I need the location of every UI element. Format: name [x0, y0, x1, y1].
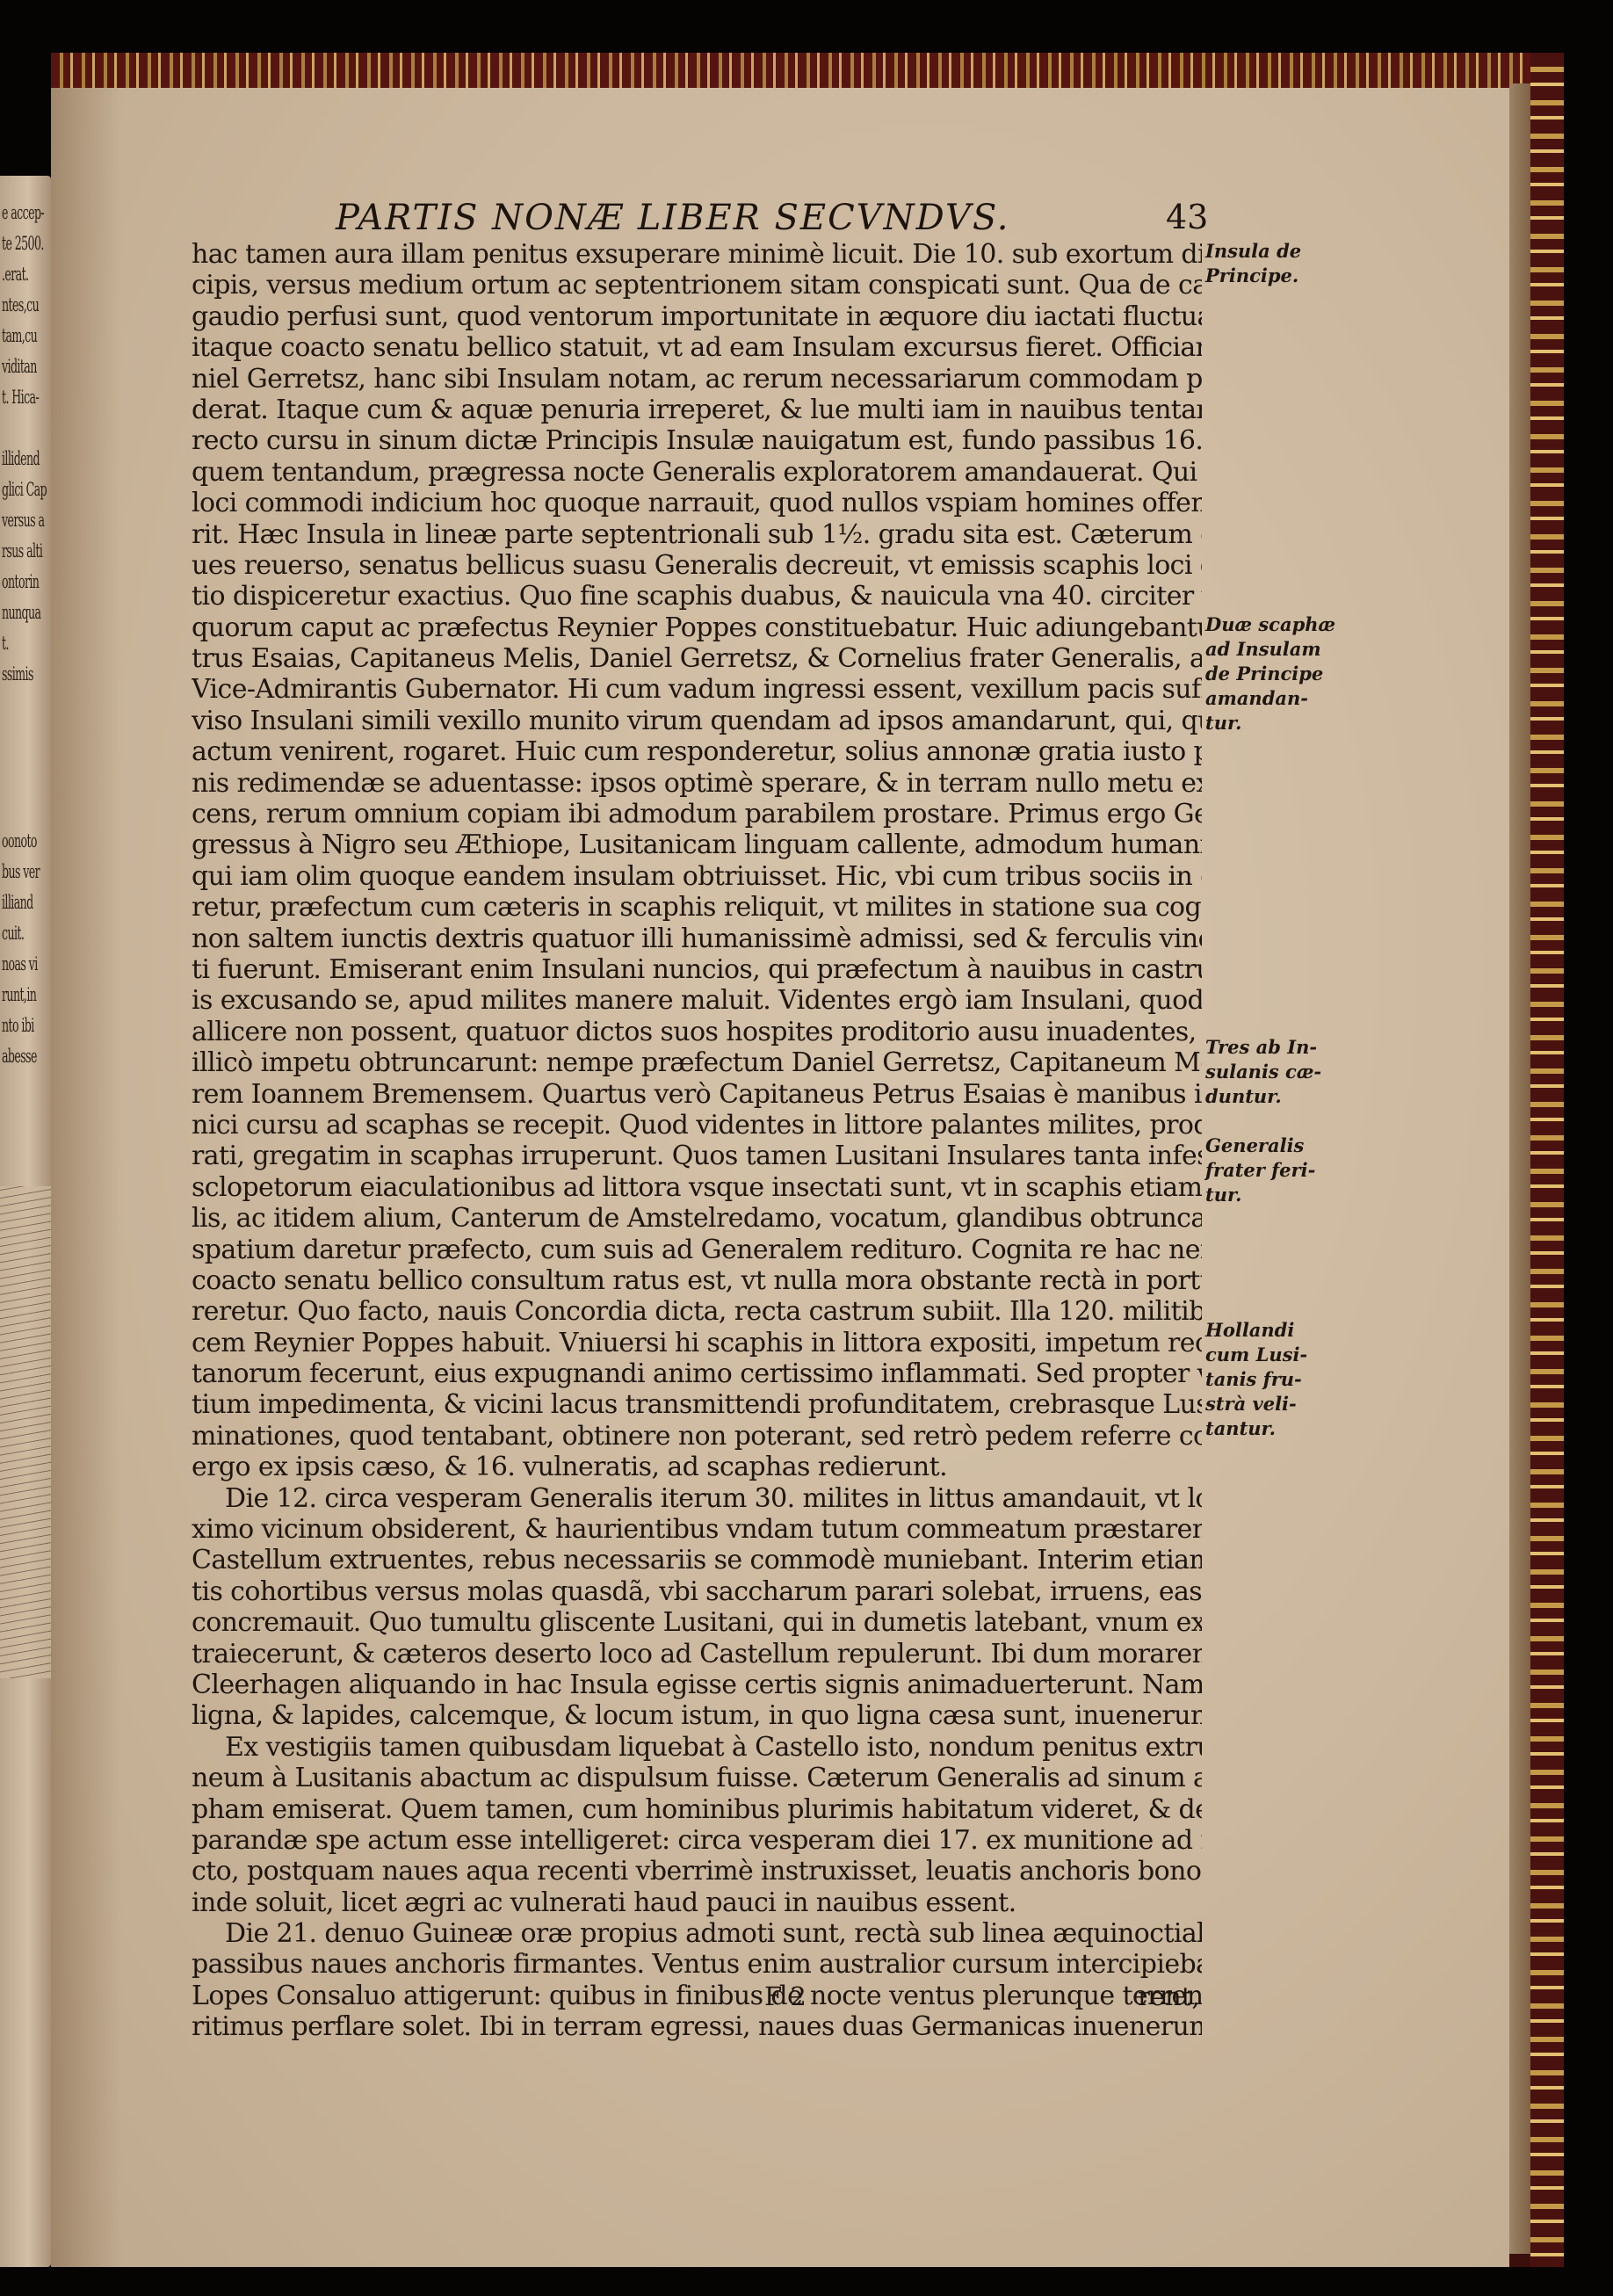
text-line: qui iam olim quoque eandem insulam obtri…: [192, 861, 1202, 892]
text-line: tanorum fecerunt, eius expugnandi animo …: [192, 1358, 1202, 1389]
text-line: quem tentandum, prægressa nocte Generali…: [192, 457, 1202, 488]
body-text: hac tamen aura illam penitus exsuperare …: [192, 239, 1202, 2043]
facing-page-text-fragment: tam,cu: [2, 325, 37, 346]
page-number: 43: [1166, 198, 1208, 236]
running-head: PARTIS NONÆ LIBER SECVNDVS.: [336, 198, 1010, 238]
page-gutter-shadow: [51, 88, 121, 2267]
text-line: Vice-Admirantis Gubernator. Hi cum vadum…: [192, 674, 1202, 705]
text-line: Die 21. denuo Guineæ oræ propius admoti …: [192, 1918, 1202, 1949]
text-line: tio dispiceretur exactius. Quo fine scap…: [192, 581, 1202, 612]
facing-page-text-fragment: ntes,cu: [2, 294, 39, 315]
facing-page-text-fragment: noas vi: [2, 953, 38, 974]
text-line: cem Reynier Poppes habuit. Vniuersi hi s…: [192, 1328, 1202, 1358]
gilt-border-top: [51, 53, 1564, 88]
text-line: passibus naues anchoris firmantes. Ventu…: [192, 1949, 1202, 1980]
book-spread: e accep-te 2500..erat.ntes,cutam,cu vidi…: [0, 0, 1613, 2296]
margin-note: Insula de Principe.: [1205, 239, 1301, 288]
text-line: gaudio perfusi sunt, quod ventorum impor…: [192, 301, 1202, 332]
text-line: Castellum extruentes, rebus necessariis …: [192, 1545, 1202, 1575]
facing-page-text-fragment: ontorin: [2, 571, 39, 592]
text-line: reretur. Quo facto, nauis Concordia dict…: [192, 1296, 1202, 1327]
text-line: ergo ex ipsis cæso, & 16. vulneratis, ad…: [192, 1452, 1202, 1482]
catchword: rent,: [1138, 1981, 1200, 2011]
text-line: coacto senatu bellico consultum ratus es…: [192, 1265, 1202, 1296]
facing-page-text-fragment: oonoto: [2, 830, 37, 851]
text-line: ritimus perflare solet. Ibi in terram eg…: [192, 2011, 1202, 2042]
facing-page-text-fragment: bus ver: [2, 861, 40, 882]
facing-page-text-fragment: abesse: [2, 1046, 37, 1067]
facing-page-text-fragment: illiand: [2, 892, 33, 913]
facing-page-text-fragment: t. Hica-: [2, 387, 39, 408]
facing-page-text-fragment: versus a: [2, 510, 44, 531]
text-line: non saltem iunctis dextris quatuor illi …: [192, 923, 1202, 954]
page-edges: [1509, 83, 1530, 2254]
facing-page-text-fragment: cuit.: [2, 923, 24, 944]
text-line: hac tamen aura illam penitus exsuperare …: [192, 239, 1202, 270]
text-line: viso Insulani simili vexillo munito viru…: [192, 706, 1202, 736]
text-line: minationes, quod tentabant, obtinere non…: [192, 1421, 1202, 1452]
facing-page-text-fragment: rsus alti: [2, 540, 42, 561]
text-line: loci commodi indicium hoc quoque narraui…: [192, 488, 1202, 518]
text-line: Ex vestigiis tamen quibusdam liquebat à …: [192, 1732, 1202, 1763]
text-line: cens, rerum omnium copiam ibi admodum pa…: [192, 799, 1202, 829]
text-line: derat. Itaque cum & aquæ penuria irreper…: [192, 395, 1202, 425]
text-line: rit. Hæc Insula in lineæ parte septentri…: [192, 519, 1202, 550]
margin-note: Duæ scaphæ ad Insulam de Principe amanda…: [1205, 612, 1335, 735]
text-line: ligna, & lapides, calcemque, & locum ist…: [192, 1700, 1202, 1731]
facing-page-text-fragment: e accep-: [2, 202, 44, 223]
text-line: lis, ac itidem alium, Canterum de Amstel…: [192, 1203, 1202, 1234]
text-line: nis redimendæ se aduentasse: ipsos optim…: [192, 768, 1202, 799]
text-line: quorum caput ac præfectus Reynier Poppes…: [192, 612, 1202, 643]
gilt-border-right: [1530, 53, 1564, 2267]
left-facing-page: e accep-te 2500..erat.ntes,cutam,cu vidi…: [0, 176, 51, 2267]
margin-note: Hollandi cum Lusi- tanis fru- strà veli-…: [1205, 1318, 1307, 1441]
text-line: retur, præfectum cum cæteris in scaphis …: [192, 892, 1202, 923]
text-line: nici cursu ad scaphas se recepit. Quod v…: [192, 1110, 1202, 1141]
text-line: rem Ioannem Bremensem. Quartus verò Capi…: [192, 1079, 1202, 1110]
text-line: Lopes Consaluo attigerunt: quibus in fin…: [192, 1981, 1202, 2011]
text-line: recto cursu in sinum dictæ Principis Ins…: [192, 425, 1202, 456]
text-line: cipis, versus medium ortum ac septentrio…: [192, 270, 1202, 301]
facing-page-text-fragment: nunqua: [2, 602, 40, 623]
facing-page-text-fragment: viditan: [2, 356, 37, 377]
text-line: pham emiserat. Quem tamen, cum hominibus…: [192, 1794, 1202, 1825]
signature-mark: F 2: [764, 1981, 806, 2011]
facing-page-text-fragment: glici Cap: [2, 479, 47, 500]
facing-page-text-fragment: .erat.: [2, 264, 28, 285]
text-line: sclopetorum eiaculationibus ad littora v…: [192, 1172, 1202, 1203]
text-line: ues reuerso, senatus bellicus suasu Gene…: [192, 550, 1202, 581]
text-line: gressus à Nigro seu Æthiope, Lusitanicam…: [192, 829, 1202, 860]
text-line: neum à Lusitanis abactum ac dispulsum fu…: [192, 1763, 1202, 1793]
text-line: Cleerhagen aliquando in hac Insula egiss…: [192, 1669, 1202, 1700]
text-line: traiecerunt, & cæteros deserto loco ad C…: [192, 1639, 1202, 1669]
facing-page-text-fragment: te 2500.: [2, 233, 44, 254]
text-line: niel Gerretsz, hanc sibi Insulam notam, …: [192, 364, 1202, 395]
facing-page-text-fragment: ssimis: [2, 663, 33, 684]
text-line: itaque coacto senatu bellico statuit, vt…: [192, 332, 1202, 363]
text-line: allicere non possent, quatuor dictos suo…: [192, 1017, 1202, 1047]
text-line: tium impedimenta, & vicini lacus transmi…: [192, 1389, 1202, 1420]
text-line: tis cohortibus versus molas quasdã, vbi …: [192, 1576, 1202, 1607]
text-line: illicò impetu obtruncarunt: nempe præfec…: [192, 1047, 1202, 1078]
margin-note: Tres ab In- sulanis cæ- duntur.: [1205, 1035, 1321, 1109]
facing-page-text-fragment: runt,in: [2, 984, 36, 1005]
text-line: is excusando se, apud milites manere mal…: [192, 985, 1202, 1016]
text-line: ti fuerunt. Emiserant enim Insulani nunc…: [192, 954, 1202, 985]
text-line: rati, gregatim in scaphas irruperunt. Qu…: [192, 1141, 1202, 1171]
text-line: cto, postquam naues aqua recenti vberrim…: [192, 1856, 1202, 1887]
text-line: Die 12. circa vesperam Generalis iterum …: [192, 1483, 1202, 1514]
text-line: actum venirent, rogaret. Huic cum respon…: [192, 736, 1202, 767]
text-line: inde soluit, licet ægri ac vulnerati hau…: [192, 1887, 1202, 1918]
text-line: spatium daretur præfecto, cum suis ad Ge…: [192, 1235, 1202, 1265]
facing-page-text-fragment: nto ibi: [2, 1015, 34, 1036]
text-line: trus Esaias, Capitaneus Melis, Daniel Ge…: [192, 643, 1202, 674]
text-line: concremauit. Quo tumultu gliscente Lusit…: [192, 1607, 1202, 1638]
facing-page-text-fragment: t.: [2, 633, 9, 654]
woodcut-illustration: [0, 1186, 51, 1678]
text-line: parandæ spe actum esse intelligeret: cir…: [192, 1825, 1202, 1856]
facing-page-text-fragment: illidend: [2, 448, 40, 469]
margin-note: Generalis frater feri- tur.: [1205, 1134, 1315, 1207]
text-line: ximo vicinum obsiderent, & haurientibus …: [192, 1514, 1202, 1545]
